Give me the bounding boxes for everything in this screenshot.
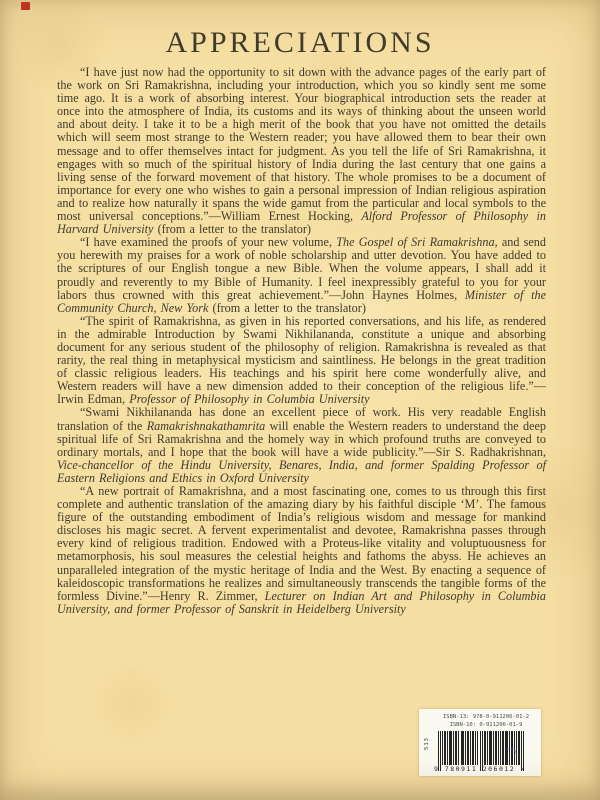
red-corner-mark xyxy=(21,2,30,10)
page-title: APPRECIATIONS xyxy=(0,26,600,60)
paragraph-text: “I have just now had the opportunity to … xyxy=(57,65,546,223)
book-back-cover: APPRECIATIONS “I have just now had the o… xyxy=(0,0,600,800)
attribution-italic: The Gospel of Sri Ramakrishna xyxy=(336,235,494,249)
paragraph-text: (from a letter to the translator) xyxy=(208,301,366,315)
appreciation-paragraph: “I have examined the proofs of your new … xyxy=(57,236,546,315)
appreciations-text: “I have just now had the opportunity to … xyxy=(57,66,546,616)
appreciation-paragraph: “Swami Nikhilananda has done an excellen… xyxy=(57,406,546,485)
attribution-italic: Vice-chancellor of the Hindu University,… xyxy=(57,458,546,485)
attribution-italic: Ramakrishnakathamrita xyxy=(147,419,265,433)
isbn13-text: ISBN-13: 978-0-911206-01-2 xyxy=(433,714,539,722)
paragraph-text: (from a letter to the translator) xyxy=(153,222,311,236)
appreciation-paragraph: “A new portrait of Ramakrishna, and a mo… xyxy=(57,485,546,616)
paragraph-text: “A new portrait of Ramakrishna, and a mo… xyxy=(57,484,546,603)
appreciation-paragraph: “The spirit of Ramakrishna, as given in … xyxy=(57,315,546,407)
barcode-panel: ISBN-13: 978-0-911206-01-2 ISBN-10: 0-91… xyxy=(419,709,541,776)
isbn-lines: ISBN-13: 978-0-911206-01-2 ISBN-10: 0-91… xyxy=(419,709,541,729)
paragraph-text: “I have examined the proofs of your new … xyxy=(80,235,336,249)
appreciation-paragraph: “I have just now had the opportunity to … xyxy=(57,66,546,236)
isbn10-text: ISBN-10: 0-911206-01-9 xyxy=(433,722,539,730)
barcode-side-code: 513 xyxy=(424,737,430,750)
barcode-bars-row: 513 xyxy=(419,731,541,771)
attribution-italic: Professor of Philosophy in Columbia Univ… xyxy=(129,392,369,406)
